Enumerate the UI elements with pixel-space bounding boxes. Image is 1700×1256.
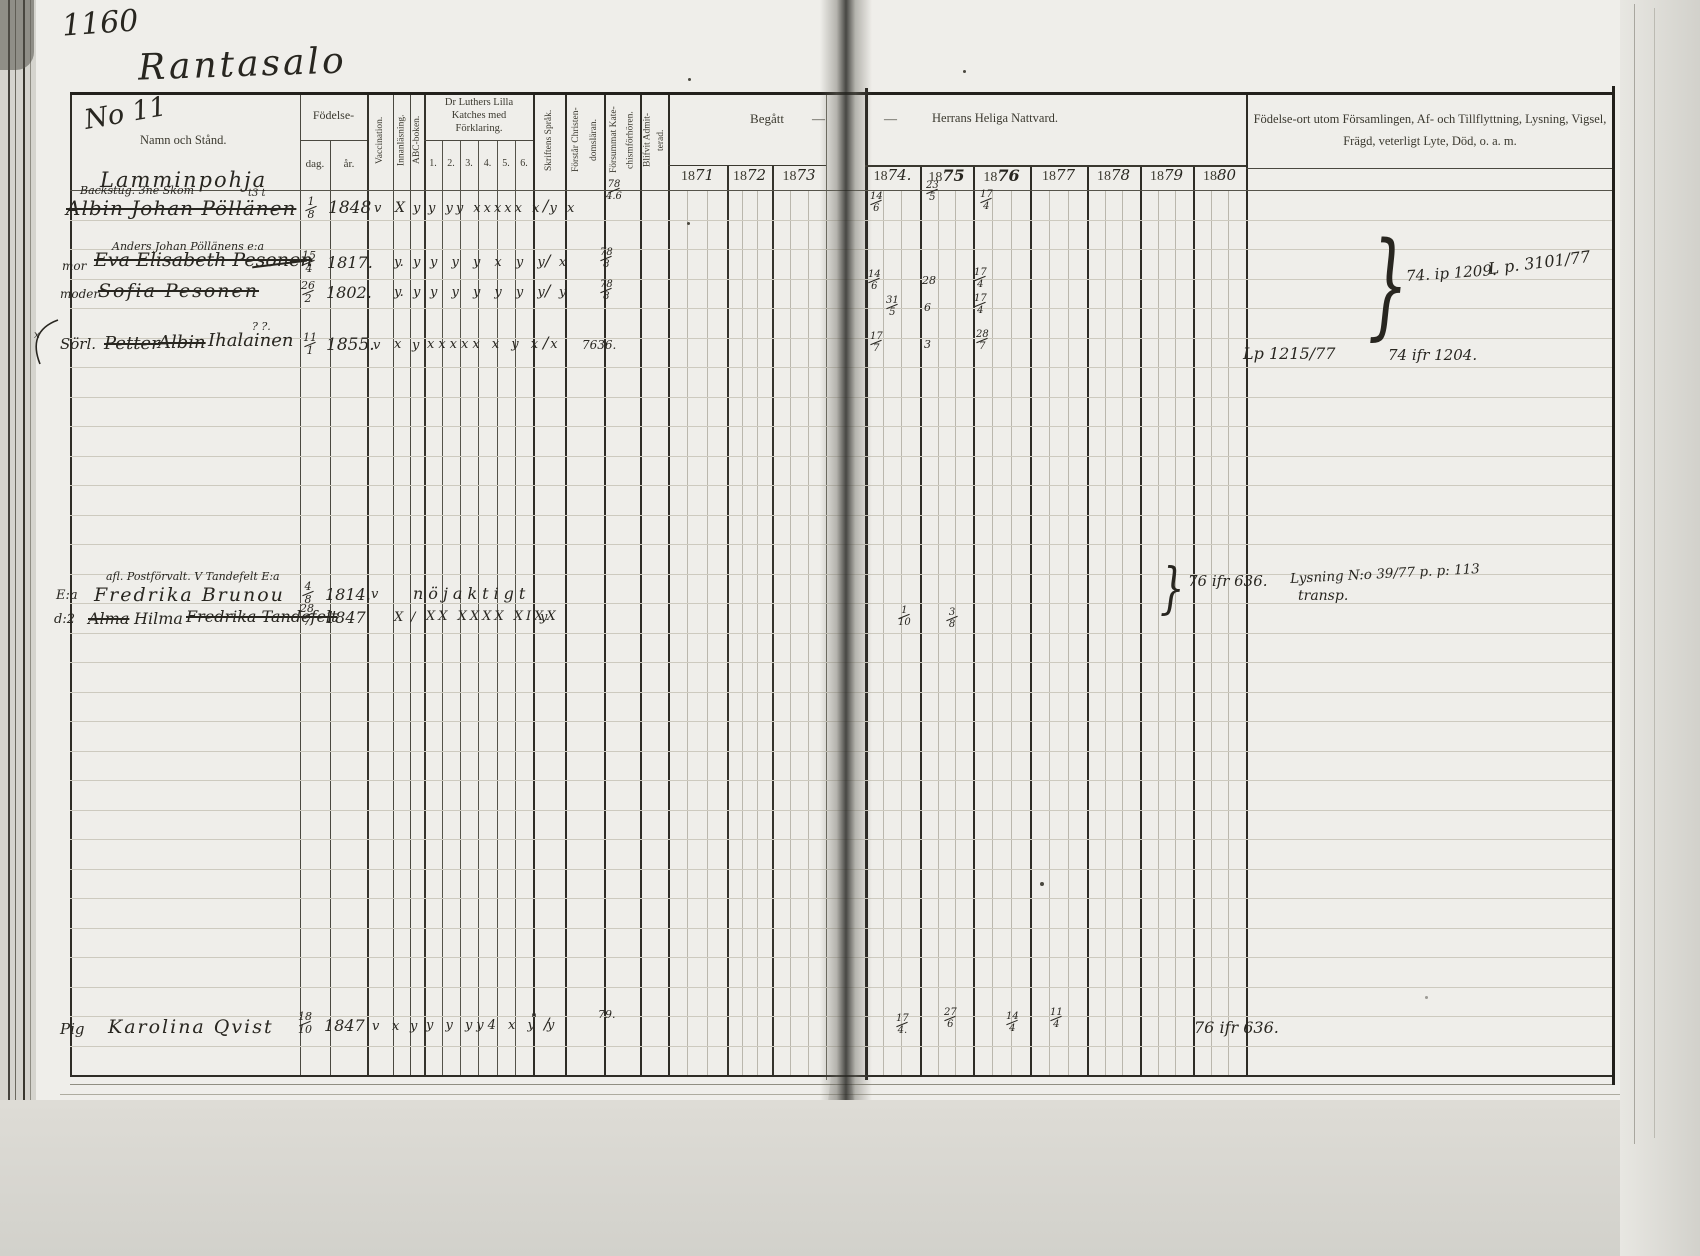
row6-name-struck-b: Fredrika Tandefelt — [186, 607, 337, 626]
grid-line — [442, 140, 443, 1075]
dust-speck — [963, 70, 966, 73]
row3-prefix: moder — [60, 287, 99, 301]
row4-birth-date: 111 — [303, 333, 317, 356]
row1-vaccination-mark: v — [374, 201, 381, 216]
row4-abc-mark: y — [412, 338, 419, 353]
grid-line — [1140, 165, 1142, 1075]
grid-line — [497, 140, 498, 1075]
year-printed: 18 — [874, 169, 888, 184]
row5-name: Fredrika Brunou — [94, 584, 285, 606]
row3-birth-year: 1802. — [326, 283, 372, 302]
year-1872: 1872 — [727, 166, 772, 185]
row7-communion-1874: 174. — [896, 1014, 909, 1035]
row4-katches-marks: xxxxx x y x x — [427, 337, 562, 352]
year-printed: 18 — [983, 170, 997, 185]
row6-communion-1875: 38 — [946, 608, 958, 629]
katches-sub-1: 1. — [424, 158, 442, 169]
row1-communion-1875: 235 — [926, 181, 939, 202]
row7-communion-1875: 276 — [944, 1008, 957, 1029]
row7-birth-year: 1847 — [324, 1016, 365, 1035]
column-abc-boken: ABC-boken. — [410, 92, 424, 188]
grid-line — [772, 165, 774, 1075]
page-title: Rantasalo — [137, 40, 347, 88]
year-1871: 1871 — [668, 166, 727, 185]
year-written: 75 — [942, 166, 964, 185]
row4-name-struck-a: Petter — [104, 333, 160, 354]
row1-name-superscript: t3 t — [248, 188, 266, 199]
row3-communion-1875: 6 — [924, 301, 931, 314]
row3-name: Sofia Pesonen — [98, 280, 259, 302]
row1-name: Albin Johan Pöllänen — [66, 196, 296, 220]
row7-skrift-mark: / — [544, 1014, 549, 1033]
row4-forstar-note: 7636. — [582, 338, 616, 352]
column-forstar-line2: domsläran. — [585, 92, 603, 188]
year-written: 72 — [747, 166, 766, 184]
page-bottom-band — [0, 1100, 1700, 1256]
year-printed: 18 — [1042, 169, 1056, 184]
row6-note-a: 76 ifr 636. — [1188, 572, 1268, 590]
row4-communion-1875: 3 — [924, 338, 931, 351]
dust-speck — [687, 222, 690, 225]
birth-day-heading: dag. — [300, 158, 330, 170]
page-right-edge — [1620, 0, 1700, 1256]
nattvard-heading: Herrans Heliga Nattvard. — [910, 111, 1080, 126]
row7-communion-1877: 114 — [1050, 1008, 1063, 1029]
grid-line — [424, 140, 533, 141]
year-written: 80 — [1217, 166, 1236, 184]
katches-sub-6: 6. — [515, 158, 533, 169]
row7-name: Karolina Qvist — [108, 1016, 274, 1038]
grid-line — [1193, 165, 1195, 1075]
dust-speck — [1425, 996, 1428, 999]
row3-skrift-mark: / — [545, 281, 550, 300]
row7-innanlasning-mark: x — [392, 1019, 399, 1034]
row1-katches-marks: y yy xxxxx x y x — [428, 201, 577, 216]
katches-sub-5: 5. — [497, 158, 515, 169]
year-printed: 18 — [733, 169, 747, 184]
row6-communion-1874: 110 — [898, 606, 911, 627]
grid-line — [920, 165, 922, 1075]
row7-vaccination-mark: v — [372, 1019, 379, 1034]
grid-line — [727, 165, 729, 1075]
row4-vaccination-mark: v — [373, 338, 380, 353]
column-blifvit-line1: Blifvit Admit- — [640, 92, 655, 188]
column-blifvit-line2: terad. — [654, 92, 668, 188]
year-written: 71 — [695, 166, 714, 184]
row3-forsummat-note: 788 — [600, 280, 613, 301]
row1-innanlasning-mark: X — [395, 200, 405, 216]
dust-speck — [688, 78, 691, 81]
birth-group-heading: Födelse- — [300, 108, 367, 123]
row1-communion-1876: 174 — [980, 190, 993, 211]
row2-skrift-mark: / — [545, 251, 550, 270]
row3-birth-date: 262 — [301, 281, 315, 304]
column-forsummat-line2: chismförhören. — [622, 92, 639, 188]
row6-note-c: transp. — [1298, 588, 1348, 604]
year-printed: 18 — [1150, 169, 1164, 184]
row7-extra-mark: " — [531, 1012, 537, 1027]
grid-line — [1087, 165, 1089, 1075]
row1-skrift-mark: / — [543, 196, 548, 215]
row4-name-superscript: ? ?. — [252, 320, 271, 333]
row2-name: Eva Elisabeth Pesonen — [94, 249, 312, 271]
year-written: 78 — [1111, 166, 1130, 184]
row2-communion-1874: 146 — [868, 270, 881, 291]
year-printed: 18 — [1097, 169, 1111, 184]
row3-communion-1876: 174 — [974, 294, 987, 315]
grid-line — [1612, 86, 1615, 1085]
row4-prefix: Sörl. — [60, 335, 96, 353]
year-1874: 1874. — [865, 166, 920, 185]
year-1877: 1877 — [1030, 166, 1087, 185]
column-forsummat-line1: Försummat Kate- — [605, 92, 623, 188]
column-vaccination: Vaccination. — [367, 92, 393, 188]
right-edge-line — [1634, 4, 1635, 1144]
row2-forsummat-note: 788 — [600, 248, 613, 269]
year-1880: 1880 — [1193, 166, 1246, 185]
row6-birth-year: 1847 — [325, 608, 366, 627]
row6-name-struck-a: Alma — [88, 609, 129, 628]
year-1879: 1879 — [1140, 166, 1193, 185]
book-gutter — [820, 0, 872, 1256]
row2-birth-year: 1817. — [327, 253, 373, 272]
row5-birth-year: 1814. — [325, 585, 371, 604]
dust-speck — [1040, 882, 1044, 886]
row4-communion-1876: 287 — [976, 330, 989, 351]
row2-prefix: mor — [62, 259, 86, 273]
row7-abc-mark: y — [410, 1019, 417, 1034]
right-edge-line — [1654, 8, 1655, 1138]
grid-line — [1246, 168, 1612, 169]
birth-year-heading: år. — [331, 158, 367, 170]
notes-heading-line1: Födelse-ort utom Församlingen, Af- och T… — [1249, 112, 1611, 127]
year-1878: 1878 — [1087, 166, 1140, 185]
row1-forsummat-note: 784.6 — [606, 180, 622, 201]
row4-surname: Ihalainen — [208, 330, 294, 351]
nattvard-dash: — — [884, 111, 897, 127]
row6-skrift-mark: y — [540, 610, 547, 625]
column-name-heading: Namn och Stånd. — [140, 133, 226, 148]
begatt-heading: Begått — [722, 111, 812, 127]
row7-prefix: Pig — [60, 1020, 85, 1038]
row5-vaccination-mark: v — [371, 587, 378, 602]
year-printed: 18 — [681, 169, 695, 184]
grid-line — [1030, 165, 1032, 1075]
row4-birth-year: 1855. — [326, 335, 375, 355]
grid-line — [478, 140, 479, 1075]
row2-abc-mark: y — [413, 255, 420, 270]
row4-note-b: 74 ifr 1204. — [1388, 346, 1477, 364]
column-forstar-line1: Förstår Christen- — [566, 92, 586, 188]
row4-name-struck-b: Albin — [158, 332, 206, 353]
row6-katches-marks: XX XXXX XIXX — [426, 609, 559, 624]
row1-communion-1874: 146 — [870, 192, 883, 213]
folio-number: 1160 — [61, 3, 140, 43]
row7-communion-1876: 144 — [1006, 1012, 1019, 1033]
row3-communion-1874: 315 — [886, 296, 899, 317]
column-innanlasning: Innanläsning. — [393, 92, 410, 188]
group-brace: } — [1368, 218, 1408, 352]
year-printed: 18 — [782, 169, 796, 184]
notes-heading-line2: Frägd, veterligt Lyte, Död, o. a. m. — [1249, 134, 1611, 149]
row6-innanlasning-mark: X — [394, 610, 403, 625]
katches-sub-3: 3. — [460, 158, 478, 169]
row6-abc-mark: / — [411, 610, 415, 625]
row6-prefix: d:2 — [54, 612, 75, 627]
row7-katches-marks: y y yy4 x y y — [426, 1018, 558, 1033]
year-written: 74. — [888, 166, 912, 184]
katches-sub-2: 2. — [442, 158, 460, 169]
grid-line — [515, 140, 516, 1075]
row3-innanlasning-mark: y. — [394, 285, 404, 300]
row7-forsummat-note: 79. — [598, 1008, 616, 1021]
row6-name-mid: Hilma — [134, 609, 183, 628]
year-1876: 1876 — [973, 166, 1030, 186]
row3-abc-mark: y — [413, 285, 420, 300]
row4-skrift-mark: / — [543, 333, 548, 352]
row6-birth-date: 287 — [300, 604, 314, 627]
row7-note-a: 76 ifr 636. — [1194, 1018, 1279, 1037]
row5-katches-grade: nöjaktigt — [413, 584, 530, 603]
row5-occupation-note: afl. Postförvalt. V Tandefelt E:a — [106, 570, 280, 583]
year-written: 77 — [1056, 166, 1075, 184]
year-written: 73 — [796, 166, 815, 184]
year-written: 79 — [1164, 166, 1183, 184]
row5-prefix: E:a — [56, 588, 78, 603]
row4-communion-1874: 177 — [870, 332, 883, 353]
grid-line — [460, 140, 461, 1075]
row4-margin-mark: x — [34, 330, 40, 341]
year-1873: 1873 — [772, 166, 826, 185]
row4-innanlasning-mark: x — [394, 337, 401, 352]
year-written: 76 — [997, 166, 1019, 185]
katches-sub-4: 4. — [478, 158, 497, 169]
tandefelt-brace: } — [1160, 556, 1185, 620]
scanned-parish-ledger: 1160 Rantasalo No 11 Namn och Stånd. Föd… — [0, 0, 1700, 1256]
row2-communion-1876: 174 — [974, 268, 987, 289]
row7-birth-date: 1810 — [298, 1012, 312, 1035]
row1-birth-date: 18 — [305, 197, 317, 220]
row4-note-a: Lp 1215/77 — [1243, 344, 1335, 363]
row2-communion-1875: 28 — [922, 274, 936, 287]
row2-innanlasning-mark: y. — [394, 255, 404, 270]
column-skriftens-sprak: Skriftens Språk. — [533, 92, 565, 188]
year-printed: 18 — [1203, 169, 1217, 184]
row1-abc-mark: y — [413, 201, 420, 216]
row2-birth-date: 154 — [302, 251, 316, 274]
row1-birth-year: 1848 — [328, 198, 371, 218]
begatt-dash: — — [812, 111, 825, 127]
katches-group-heading: Dr Luthers Lilla Katches med Förklaring. — [427, 96, 531, 135]
grid-line — [300, 140, 367, 141]
